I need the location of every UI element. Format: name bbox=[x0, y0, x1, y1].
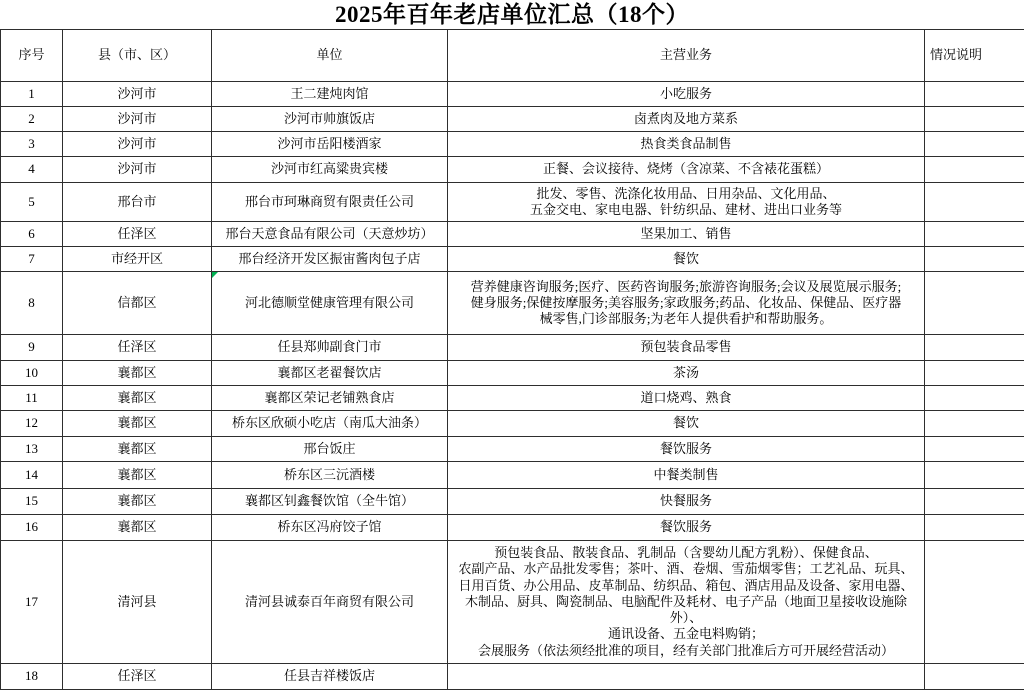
cell-unit: 襄都区老翟餐饮店 bbox=[212, 361, 448, 386]
cell-district: 襄都区 bbox=[63, 437, 212, 462]
table-row: 2 沙河市 沙河市帅旗饭店 卤煮肉及地方菜系 bbox=[1, 107, 1024, 132]
summary-table: 序号 县（市、区） 单位 主营业务 情况说明 1 沙河市 王二建炖肉馆 小吃服务… bbox=[0, 29, 1024, 690]
cell-note bbox=[925, 132, 1024, 157]
table-row: 13 襄都区 邢台饭庄 餐饮服务 bbox=[1, 437, 1024, 462]
cell-comment-marker-icon bbox=[212, 272, 218, 278]
table-row: 15 襄都区 襄都区钊鑫餐饮馆（全牛馆） 快餐服务 bbox=[1, 489, 1024, 515]
cell-unit: 邢台天意食品有限公司（天意炒坊） bbox=[212, 222, 448, 247]
table-header: 序号 县（市、区） 单位 主营业务 情况说明 bbox=[1, 30, 1024, 82]
cell-no: 1 bbox=[1, 82, 63, 107]
cell-business: 预包装食品零售 bbox=[448, 335, 925, 361]
cell-unit: 沙河市帅旗饭店 bbox=[212, 107, 448, 132]
document-page: 2025年百年老店单位汇总（18个） 序号 县（市、区） 单位 主营业务 情况说… bbox=[0, 0, 1024, 695]
cell-business bbox=[448, 664, 925, 690]
cell-business: 卤煮肉及地方菜系 bbox=[448, 107, 925, 132]
cell-no: 18 bbox=[1, 664, 63, 690]
cell-district: 襄都区 bbox=[63, 361, 212, 386]
table-row: 8 信都区 河北德顺堂健康管理有限公司 营养健康咨询服务;医疗、医药咨询服务;旅… bbox=[1, 272, 1024, 335]
cell-business: 餐饮服务 bbox=[448, 515, 925, 541]
table-row: 18 任泽区 任县吉祥楼饭店 bbox=[1, 664, 1024, 690]
cell-district: 沙河市 bbox=[63, 107, 212, 132]
cell-district: 襄都区 bbox=[63, 515, 212, 541]
header-row: 序号 县（市、区） 单位 主营业务 情况说明 bbox=[1, 30, 1024, 82]
cell-business: 营养健康咨询服务;医疗、医药咨询服务;旅游咨询服务;会议及展览展示服务; 健身服… bbox=[448, 272, 925, 335]
cell-note bbox=[925, 107, 1024, 132]
table-row: 1 沙河市 王二建炖肉馆 小吃服务 bbox=[1, 82, 1024, 107]
table-row: 9 任泽区 任县郑帅副食门市 预包装食品零售 bbox=[1, 335, 1024, 361]
table-row: 6 任泽区 邢台天意食品有限公司（天意炒坊） 坚果加工、销售 bbox=[1, 222, 1024, 247]
cell-business: 中餐类制售 bbox=[448, 462, 925, 489]
cell-note bbox=[925, 335, 1024, 361]
cell-note bbox=[925, 82, 1024, 107]
cell-note bbox=[925, 157, 1024, 183]
table-row: 14 襄都区 桥东区三沅酒楼 中餐类制售 bbox=[1, 462, 1024, 489]
table-row: 10 襄都区 襄都区老翟餐饮店 茶汤 bbox=[1, 361, 1024, 386]
cell-district: 襄都区 bbox=[63, 462, 212, 489]
table-row: 11 襄都区 襄都区荣记老铺熟食店 道口烧鸡、熟食 bbox=[1, 386, 1024, 411]
cell-no: 13 bbox=[1, 437, 63, 462]
cell-unit: 桥东区冯府饺子馆 bbox=[212, 515, 448, 541]
cell-unit: 任县郑帅副食门市 bbox=[212, 335, 448, 361]
table-row: 5 邢台市 邢台市珂琳商贸有限责任公司 批发、零售、洗涤化妆用品、日用杂品、文化… bbox=[1, 183, 1024, 222]
cell-unit: 清河县诚泰百年商贸有限公司 bbox=[212, 541, 448, 664]
cell-unit: 沙河市红高粱贵宾楼 bbox=[212, 157, 448, 183]
cell-business: 餐饮服务 bbox=[448, 437, 925, 462]
cell-unit: 襄都区钊鑫餐饮馆（全牛馆） bbox=[212, 489, 448, 515]
cell-district: 信都区 bbox=[63, 272, 212, 335]
cell-business: 坚果加工、销售 bbox=[448, 222, 925, 247]
cell-note bbox=[925, 386, 1024, 411]
cell-business: 热食类食品制售 bbox=[448, 132, 925, 157]
cell-district: 沙河市 bbox=[63, 157, 212, 183]
cell-unit: 河北德顺堂健康管理有限公司 bbox=[212, 272, 448, 335]
col-header-district: 县（市、区） bbox=[63, 30, 212, 82]
cell-note bbox=[925, 462, 1024, 489]
cell-no: 2 bbox=[1, 107, 63, 132]
cell-note bbox=[925, 437, 1024, 462]
table-row: 16 襄都区 桥东区冯府饺子馆 餐饮服务 bbox=[1, 515, 1024, 541]
cell-note bbox=[925, 664, 1024, 690]
cell-business: 餐饮 bbox=[448, 411, 925, 437]
cell-district: 沙河市 bbox=[63, 82, 212, 107]
cell-note bbox=[925, 361, 1024, 386]
table-row: 12 襄都区 桥东区欣硕小吃店（南瓜大油条） 餐饮 bbox=[1, 411, 1024, 437]
cell-district: 襄都区 bbox=[63, 386, 212, 411]
cell-no: 8 bbox=[1, 272, 63, 335]
cell-district: 任泽区 bbox=[63, 664, 212, 690]
cell-district: 邢台市 bbox=[63, 183, 212, 222]
cell-district: 沙河市 bbox=[63, 132, 212, 157]
cell-no: 4 bbox=[1, 157, 63, 183]
cell-note bbox=[925, 247, 1024, 272]
cell-district: 任泽区 bbox=[63, 222, 212, 247]
cell-note bbox=[925, 489, 1024, 515]
table-row: 17 清河县 清河县诚泰百年商贸有限公司 预包装食品、散装食品、乳制品（含婴幼儿… bbox=[1, 541, 1024, 664]
cell-business: 餐饮 bbox=[448, 247, 925, 272]
cell-note bbox=[925, 183, 1024, 222]
cell-district: 襄都区 bbox=[63, 411, 212, 437]
cell-district: 市经开区 bbox=[63, 247, 212, 272]
cell-note bbox=[925, 222, 1024, 247]
cell-unit: 桥东区三沅酒楼 bbox=[212, 462, 448, 489]
cell-business: 批发、零售、洗涤化妆用品、日用杂品、文化用品、 五金交电、家电电器、针纺织品、建… bbox=[448, 183, 925, 222]
cell-no: 17 bbox=[1, 541, 63, 664]
cell-unit: 任县吉祥楼饭店 bbox=[212, 664, 448, 690]
cell-no: 5 bbox=[1, 183, 63, 222]
cell-no: 12 bbox=[1, 411, 63, 437]
cell-no: 15 bbox=[1, 489, 63, 515]
cell-no: 7 bbox=[1, 247, 63, 272]
cell-business: 预包装食品、散装食品、乳制品（含婴幼儿配方乳粉）、保健食品、 农副产品、水产品批… bbox=[448, 541, 925, 664]
cell-district: 清河县 bbox=[63, 541, 212, 664]
col-header-note: 情况说明 bbox=[925, 30, 1024, 82]
cell-no: 14 bbox=[1, 462, 63, 489]
table-row: 7 市经开区 邢台经济开发区振宙酱肉包子店 餐饮 bbox=[1, 247, 1024, 272]
cell-note bbox=[925, 541, 1024, 664]
cell-no: 10 bbox=[1, 361, 63, 386]
cell-unit: 沙河市岳阳楼酒家 bbox=[212, 132, 448, 157]
cell-no: 6 bbox=[1, 222, 63, 247]
cell-unit: 桥东区欣硕小吃店（南瓜大油条） bbox=[212, 411, 448, 437]
cell-no: 16 bbox=[1, 515, 63, 541]
cell-no: 11 bbox=[1, 386, 63, 411]
cell-business: 道口烧鸡、熟食 bbox=[448, 386, 925, 411]
cell-business: 快餐服务 bbox=[448, 489, 925, 515]
cell-note bbox=[925, 411, 1024, 437]
cell-unit: 邢台市珂琳商贸有限责任公司 bbox=[212, 183, 448, 222]
cell-business: 小吃服务 bbox=[448, 82, 925, 107]
cell-district: 襄都区 bbox=[63, 489, 212, 515]
col-header-no: 序号 bbox=[1, 30, 63, 82]
table-row: 3 沙河市 沙河市岳阳楼酒家 热食类食品制售 bbox=[1, 132, 1024, 157]
cell-unit: 襄都区荣记老铺熟食店 bbox=[212, 386, 448, 411]
cell-no: 3 bbox=[1, 132, 63, 157]
cell-note bbox=[925, 515, 1024, 541]
table-body: 1 沙河市 王二建炖肉馆 小吃服务 2 沙河市 沙河市帅旗饭店 卤煮肉及地方菜系… bbox=[1, 82, 1024, 690]
cell-unit: 邢台饭庄 bbox=[212, 437, 448, 462]
cell-business: 正餐、会议接待、烧烤（含凉菜、不含裱花蛋糕） bbox=[448, 157, 925, 183]
cell-no: 9 bbox=[1, 335, 63, 361]
table-row: 4 沙河市 沙河市红高粱贵宾楼 正餐、会议接待、烧烤（含凉菜、不含裱花蛋糕） bbox=[1, 157, 1024, 183]
col-header-business: 主营业务 bbox=[448, 30, 925, 82]
col-header-unit: 单位 bbox=[212, 30, 448, 82]
cell-note bbox=[925, 272, 1024, 335]
page-title: 2025年百年老店单位汇总（18个） bbox=[0, 0, 1024, 29]
cell-district: 任泽区 bbox=[63, 335, 212, 361]
cell-business: 茶汤 bbox=[448, 361, 925, 386]
cell-unit: 王二建炖肉馆 bbox=[212, 82, 448, 107]
cell-unit: 邢台经济开发区振宙酱肉包子店 bbox=[212, 247, 448, 272]
